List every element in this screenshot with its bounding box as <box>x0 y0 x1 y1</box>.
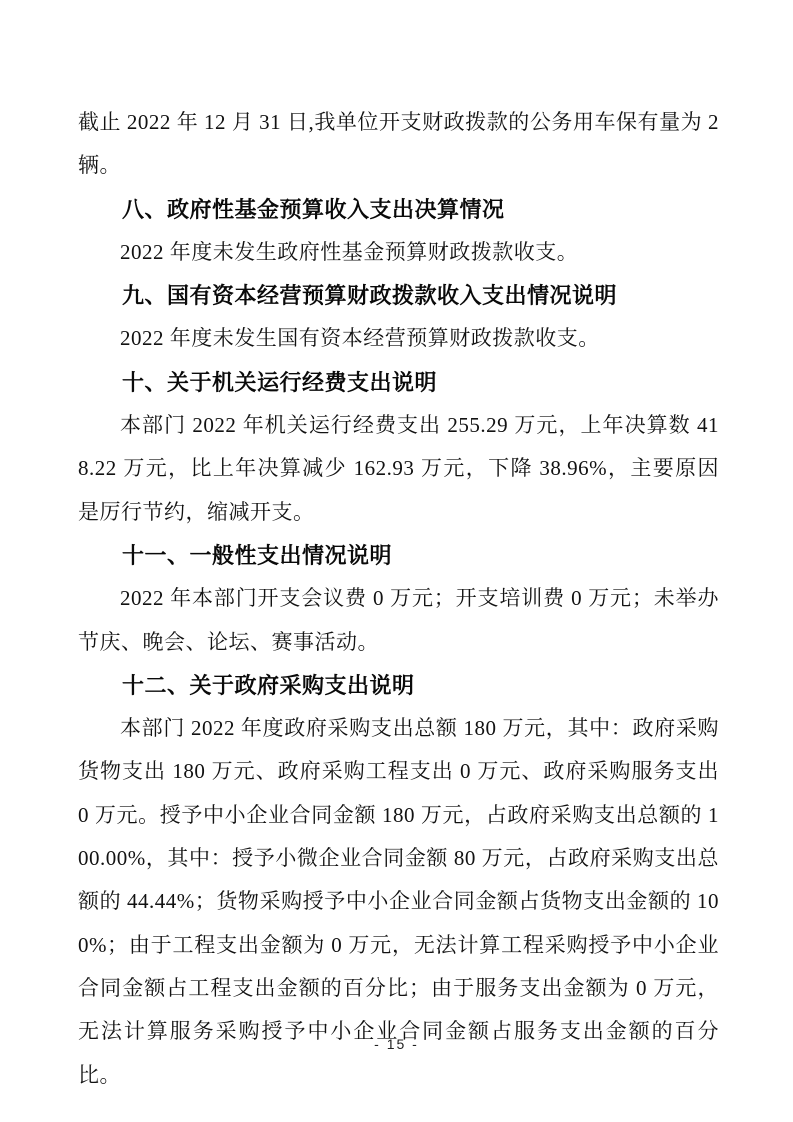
paragraph-general-expenditure: 2022 年本部门开支会议费 0 万元；开支培训费 0 万元；未举办节庆、晚会、… <box>78 577 719 664</box>
carryover-paragraph-vehicle-count: 截止 2022 年 12 月 31 日,我单位开支财政拨款的公务用车保有量为 2… <box>78 101 719 188</box>
section-heading-8-government-fund-budget: 八、政府性基金预算收入支出决算情况 <box>78 188 719 231</box>
page-body: 截止 2022 年 12 月 31 日,我单位开支财政拨款的公务用车保有量为 2… <box>78 101 719 1097</box>
document-page: 截止 2022 年 12 月 31 日,我单位开支财政拨款的公务用车保有量为 2… <box>0 0 793 1122</box>
paragraph-operating-expenses: 本部门 2022 年机关运行经费支出 255.29 万元，上年决算数 418.2… <box>78 404 719 534</box>
paragraph-government-fund-budget: 2022 年度未发生政府性基金预算财政拨款收支。 <box>78 231 719 274</box>
section-heading-12-government-procurement: 十二、关于政府采购支出说明 <box>78 664 719 707</box>
section-heading-10-operating-expenses: 十、关于机关运行经费支出说明 <box>78 361 719 404</box>
page-number: - 15 - <box>0 1036 793 1052</box>
section-heading-11-general-expenditure: 十一、一般性支出情况说明 <box>78 534 719 577</box>
paragraph-state-capital-budget: 2022 年度未发生国有资本经营预算财政拨款收支。 <box>78 317 719 360</box>
section-heading-9-state-capital-budget: 九、国有资本经营预算财政拨款收入支出情况说明 <box>78 274 719 317</box>
